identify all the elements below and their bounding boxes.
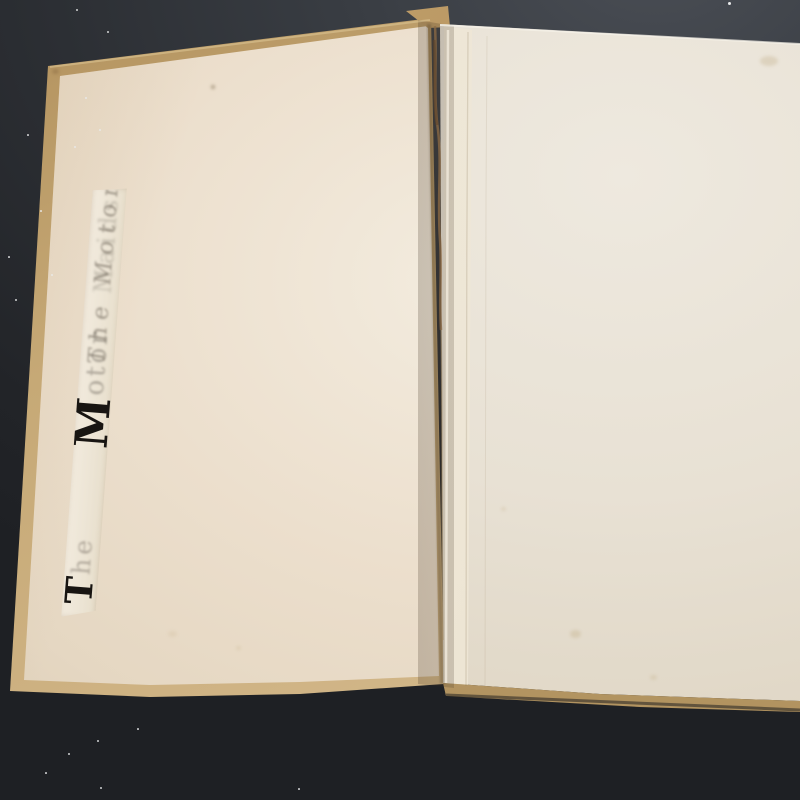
- book-photo: T he M otor Maids The Motor: [0, 0, 800, 800]
- stain: [236, 646, 241, 650]
- stain: [211, 85, 215, 89]
- stain: [650, 675, 657, 680]
- stain-layer: [0, 0, 800, 800]
- stain: [168, 631, 177, 637]
- stain: [52, 69, 59, 74]
- stain: [760, 56, 778, 66]
- stain: [570, 630, 581, 638]
- stain: [501, 507, 506, 511]
